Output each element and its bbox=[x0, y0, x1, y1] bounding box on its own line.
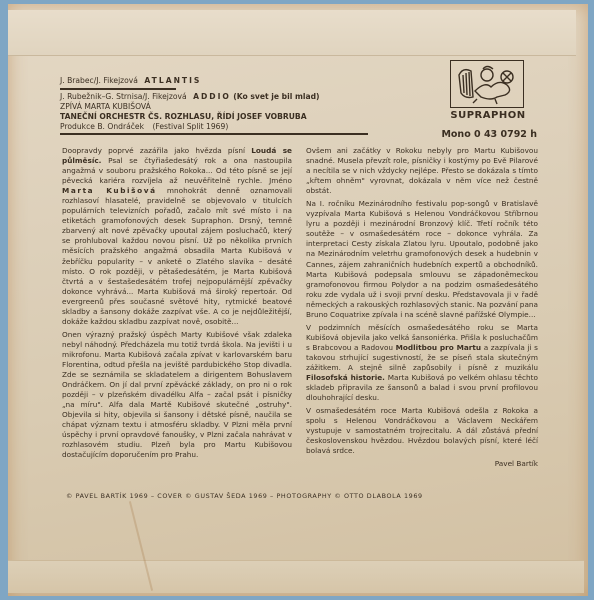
paragraph: V osmašedesátém roce Marta Kubišová odeš… bbox=[306, 406, 538, 456]
copyright-footer: © PAVEL BARTÍK 1969 – COVER © GUSTAV ŠED… bbox=[66, 492, 423, 500]
divider-long bbox=[60, 133, 368, 135]
paragraph: Onen výrazný pražský úspěch Marty Kubišo… bbox=[62, 330, 292, 461]
paragraph: V podzimních měsících osmašedesátého rok… bbox=[306, 323, 538, 403]
paragraph: Doopravdy poprvé zazářila jako hvězda pí… bbox=[62, 146, 292, 327]
text: Doopravdy poprvé zazářila jako hvězda pí… bbox=[62, 146, 251, 155]
top-flap bbox=[8, 10, 576, 56]
track-credits: J. Brabec/J. Fikejzová ATLANTIS J. Rubež… bbox=[60, 76, 320, 132]
orchestra-credit: TANEČNÍ ORCHESTR ČS. ROZHLASU, ŘÍDÍ JOSE… bbox=[60, 112, 320, 122]
supraphon-logo bbox=[450, 60, 524, 108]
catalog-number: Mono 0 43 0792 h bbox=[425, 129, 537, 140]
track-b-authors: J. Rubežnik–G. Strnisa/J. Fikejzová bbox=[60, 92, 187, 101]
text: mnohokrát denně oznamovali rozhlasoví hl… bbox=[62, 186, 292, 326]
track-a-authors: J. Brabec/J. Fikejzová bbox=[60, 76, 138, 85]
musical-title: Filosofská historie. bbox=[306, 373, 385, 382]
label-brand: SUPRAPHON bbox=[446, 110, 530, 121]
track-b-title: ADDIO bbox=[193, 92, 231, 101]
track-b: J. Rubežnik–G. Strnisa/J. Fikejzová ADDI… bbox=[60, 92, 320, 102]
liner-notes-left: Doopravdy poprvé zazářila jako hvězda pí… bbox=[62, 146, 292, 463]
production-credit: Produkce B. Ondráček (Festival Split 196… bbox=[60, 122, 320, 132]
paragraph: Na I. ročníku Mezinárodního festivalu po… bbox=[306, 199, 538, 320]
notes-author: Pavel Bartík bbox=[306, 459, 538, 469]
artist-name: Marta Kubišová bbox=[62, 186, 157, 195]
liner-notes-right: Ovšem ani začátky v Rokoku nebyly pro Ma… bbox=[306, 146, 538, 469]
bottom-flap bbox=[8, 560, 584, 593]
track-b-subtitle: (Ko svet je bil mlad) bbox=[233, 92, 319, 101]
singer-credit: ZPÍVÁ MARTA KUBIŠOVÁ bbox=[60, 102, 320, 112]
track-a-title: ATLANTIS bbox=[144, 76, 201, 85]
festival: (Festival Split 1969) bbox=[152, 122, 228, 131]
paragraph: Ovšem ani začátky v Rokoku nebyly pro Ma… bbox=[306, 146, 538, 196]
lion-harp-icon bbox=[451, 61, 523, 107]
divider-short bbox=[60, 88, 176, 90]
song-title: Modlitbou pro Martu bbox=[396, 343, 481, 352]
track-a: J. Brabec/J. Fikejzová ATLANTIS bbox=[60, 76, 320, 86]
producer: Produkce B. Ondráček bbox=[60, 122, 144, 131]
